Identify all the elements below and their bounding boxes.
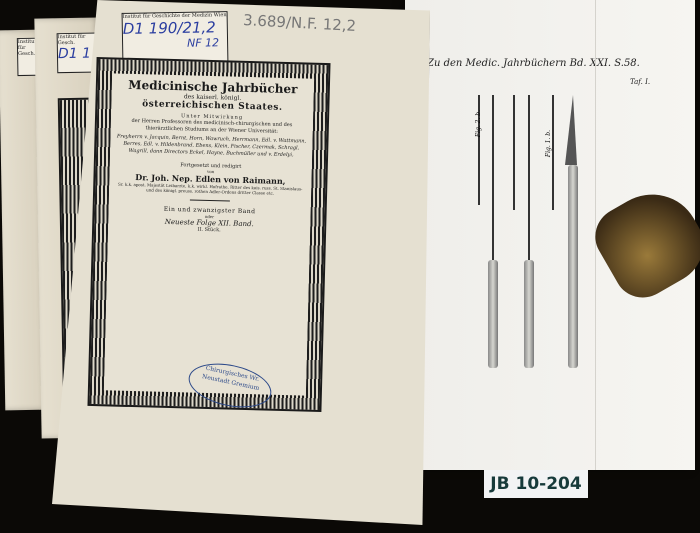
ornament-rule xyxy=(190,199,230,201)
inventory-tag: JB 10-204 xyxy=(484,470,588,498)
title-panel: Medicinische Jahrbücher des kaiserl. kön… xyxy=(104,73,314,395)
needle-fig-1b xyxy=(552,95,554,210)
handle-fig-1a xyxy=(568,165,578,368)
handle-fig-3a xyxy=(524,260,534,368)
probe-fig-3a xyxy=(528,95,530,265)
library-label: Institut für Geschichte der Medizin Wien… xyxy=(122,11,229,65)
hook-fig-3b xyxy=(513,95,515,210)
handle-fig-2a xyxy=(488,260,498,368)
fig-label: Fig. 1. b. xyxy=(545,130,552,157)
probe-fig-2a xyxy=(492,95,494,265)
fig-label: Fig. 2. b. xyxy=(475,110,482,137)
plate-header: Zu den Medic. Jahrbüchern Bd. XXI. S.58. xyxy=(427,58,640,69)
blade-fig-1a xyxy=(565,95,577,165)
title-border: Medicinische Jahrbücher des kaiserl. kön… xyxy=(87,57,330,412)
plate-number: Taf. I. xyxy=(630,78,650,86)
